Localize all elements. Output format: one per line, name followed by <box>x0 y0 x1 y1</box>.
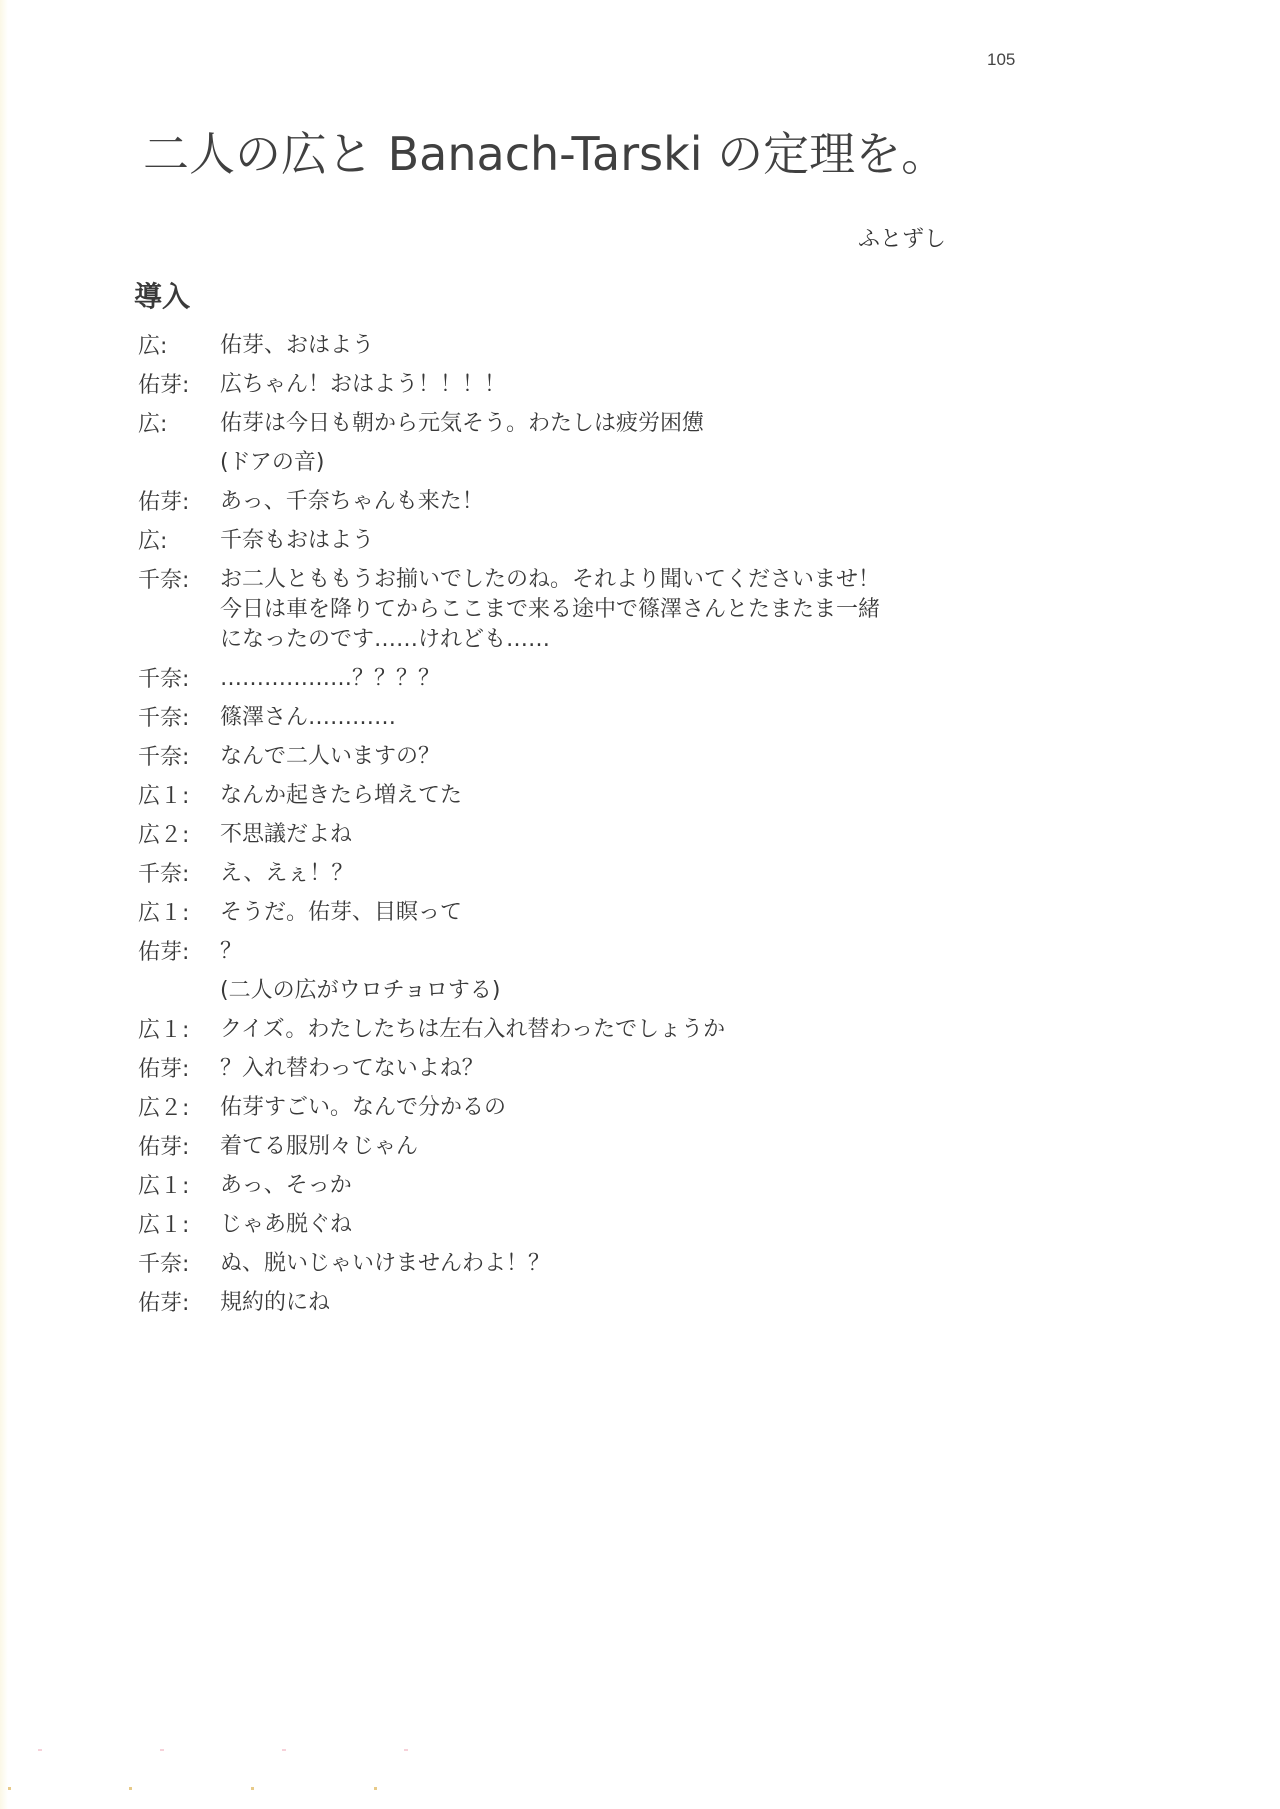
speech-text: そうだ。佑芽、目瞑って <box>220 894 958 933</box>
dialogue-line: 広: 佑芽は今日も朝から元気そう。わたしは疲労困憊 <box>138 405 958 444</box>
stage-direction: (ドアの音) <box>138 444 958 483</box>
speaker-label: 千奈: <box>138 561 220 600</box>
speaker-label: 千奈: <box>138 699 220 738</box>
scan-artifact <box>282 1749 286 1751</box>
speaker-label: 千奈: <box>138 855 220 894</box>
speech-text: あっ、千奈ちゃんも来た！ <box>220 483 958 522</box>
speaker-label: 佑芽: <box>138 933 220 972</box>
dialogue-line: 広１: クイズ。わたしたちは左右入れ替わったでしょうか <box>138 1011 958 1050</box>
speech-text: ………………？？？？ <box>220 660 958 699</box>
speaker-label: 佑芽: <box>138 483 220 522</box>
scan-artifact <box>251 1787 254 1790</box>
speaker-label: 広: <box>138 405 220 444</box>
speaker-label: 千奈: <box>138 738 220 777</box>
dialogue-line: 佑芽: ？入れ替わってないよね？ <box>138 1050 958 1089</box>
scan-artifact <box>404 1749 408 1751</box>
speech-text: え、えぇ！？ <box>220 855 958 894</box>
author-name: ふとずし <box>858 222 946 253</box>
scan-artifact <box>129 1787 132 1790</box>
dialogue-line: 千奈: ………………？？？？ <box>138 660 958 699</box>
scan-artifact <box>8 1787 11 1790</box>
speaker-label: 佑芽: <box>138 366 220 405</box>
speech-text: 着てる服別々じゃん <box>220 1128 958 1167</box>
speech-text: お二人とももうお揃いでしたのね。それより聞いてくださいませ！ 今日は車を降りてか… <box>220 561 958 660</box>
dialogue-line: 千奈: 篠澤さん………… <box>138 699 958 738</box>
dialogue-line: 千奈: お二人とももうお揃いでしたのね。それより聞いてくださいませ！ 今日は車を… <box>138 561 958 660</box>
dialogue-line: 佑芽: ？ <box>138 933 958 972</box>
speech-text: あっ、そっか <box>220 1167 958 1206</box>
dialogue-line: 広２: 不思議だよね <box>138 816 958 855</box>
scanned-page-edge <box>0 0 8 1809</box>
dialogue-line: 広１: じゃあ脱ぐね <box>138 1206 958 1245</box>
speaker-label: 広１: <box>138 1167 220 1206</box>
speaker-label: 佑芽: <box>138 1284 220 1323</box>
speech-text: ぬ、脱いじゃいけませんわよ！？ <box>220 1245 958 1284</box>
speaker-label: 広２: <box>138 1089 220 1128</box>
dialogue-line: 佑芽: 規約的にね <box>138 1284 958 1323</box>
speaker-label: 広１: <box>138 1011 220 1050</box>
speaker-label: 広: <box>138 522 220 561</box>
stage-direction-text: (二人の広がウロチョロする) <box>220 972 958 1011</box>
dialogue-line: 広: 千奈もおはよう <box>138 522 958 561</box>
speaker-label: 広: <box>138 327 220 366</box>
speech-text: 広ちゃん！おはよう！！！！ <box>220 366 958 405</box>
dialogue-line: 広１: そうだ。佑芽、目瞑って <box>138 894 958 933</box>
page-number: 105 <box>987 50 1015 70</box>
scan-artifact <box>374 1787 377 1790</box>
speaker-label: 広１: <box>138 777 220 816</box>
stage-direction-text: (ドアの音) <box>220 444 958 483</box>
speaker-label: 広１: <box>138 1206 220 1245</box>
speech-text: なんか起きたら増えてた <box>220 777 958 816</box>
section-heading: 導入 <box>134 275 190 315</box>
dialogue-line: 広１: なんか起きたら増えてた <box>138 777 958 816</box>
speaker-label: 佑芽: <box>138 1050 220 1089</box>
stage-direction: (二人の広がウロチョロする) <box>138 972 958 1011</box>
speech-text: 佑芽は今日も朝から元気そう。わたしは疲労困憊 <box>220 405 958 444</box>
dialogue-line: 千奈: え、えぇ！？ <box>138 855 958 894</box>
dialogue-line: 千奈: ぬ、脱いじゃいけませんわよ！？ <box>138 1245 958 1284</box>
speech-text: 篠澤さん………… <box>220 699 958 738</box>
speech-text: ？入れ替わってないよね？ <box>220 1050 958 1089</box>
speaker-label: 広２: <box>138 816 220 855</box>
speech-text: なんで二人いますの？ <box>220 738 958 777</box>
speech-text: 不思議だよね <box>220 816 958 855</box>
speaker-label: 佑芽: <box>138 1128 220 1167</box>
dialogue-line: 佑芽: あっ、千奈ちゃんも来た！ <box>138 483 958 522</box>
speech-text: 佑芽、おはよう <box>220 327 958 366</box>
dialogue-line: 広: 佑芽、おはよう <box>138 327 958 366</box>
speaker-label: 広１: <box>138 894 220 933</box>
speech-text: ？ <box>220 933 958 972</box>
speaker-label: 千奈: <box>138 1245 220 1284</box>
page-title: 二人の広と Banach-Tarski の定理を。 <box>143 118 947 184</box>
dialogue-line: 千奈: なんで二人いますの？ <box>138 738 958 777</box>
speech-text: 佑芽すごい。なんで分かるの <box>220 1089 958 1128</box>
dialogue-line: 広２: 佑芽すごい。なんで分かるの <box>138 1089 958 1128</box>
scan-artifact <box>160 1749 164 1751</box>
dialogue-script: 広: 佑芽、おはよう 佑芽: 広ちゃん！おはよう！！！！ 広: 佑芽は今日も朝か… <box>138 327 958 1323</box>
dialogue-line: 佑芽: 広ちゃん！おはよう！！！！ <box>138 366 958 405</box>
scan-artifact <box>38 1749 42 1751</box>
dialogue-line: 佑芽: 着てる服別々じゃん <box>138 1128 958 1167</box>
speech-text: じゃあ脱ぐね <box>220 1206 958 1245</box>
dialogue-line: 広１: あっ、そっか <box>138 1167 958 1206</box>
speech-text: クイズ。わたしたちは左右入れ替わったでしょうか <box>220 1011 958 1050</box>
speech-text: 千奈もおはよう <box>220 522 958 561</box>
speaker-label: 千奈: <box>138 660 220 699</box>
speech-text: 規約的にね <box>220 1284 958 1323</box>
